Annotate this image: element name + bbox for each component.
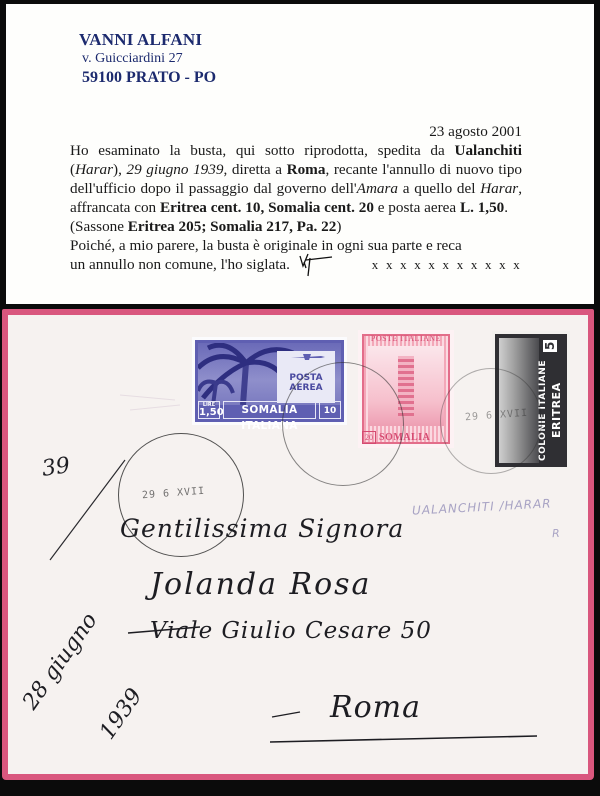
conclusion-signature-line: un annullo non comune, l'ho siglata. x x… (70, 255, 522, 274)
destination: Roma (287, 161, 326, 178)
sassone-reference: (Sassone Eritrea 205; Somalia 217, Pa. 2… (70, 217, 522, 236)
text-line: a quello del (398, 180, 480, 197)
stamp-text: COLONIE ITALIANEERITREA 5 (535, 340, 565, 461)
text-line: Poiché, a mio parere, la busta è origina… (70, 237, 462, 254)
origin-office: Ualanchiti (455, 142, 523, 159)
text-line: un annullo non comune, l'ho siglata. (70, 256, 290, 273)
text-line: (Sassone (70, 218, 128, 235)
stamp-top-label: POSTE ITALIANE (364, 334, 448, 343)
text-line: ) (336, 218, 341, 235)
stamp-country: ERITREA (550, 360, 563, 461)
x-marks: x x x x x x x x x x x (372, 255, 522, 274)
region-amara: Amara (357, 180, 398, 197)
stamp-ref-eritrea: Eritrea cent. 10, (160, 199, 264, 216)
letterhead-street: v. Guicciardini 27 (82, 50, 216, 68)
certificate-text: 23 agosto 2001 Ho esaminato la busta, qu… (70, 122, 522, 274)
stamp-ref-air: L. 1,50 (460, 199, 504, 216)
stamp-ref-somalia: Somalia cent. 20 (268, 199, 374, 216)
postmark-center (282, 362, 404, 486)
letterhead-city: 59100 PRATO - PO (82, 68, 216, 88)
origin-region: Harar (75, 161, 113, 178)
text-line: e posta aerea (374, 199, 460, 216)
text-line: , diretta a (223, 161, 282, 178)
signature-initials (294, 258, 336, 274)
stamp-value: LIRE1,50 (198, 401, 220, 419)
letterhead-name: VANNI ALFANI (79, 30, 216, 50)
address-recipient: Jolanda Rosa (150, 567, 371, 602)
address-street: Viale Giulio Cesare 50 (150, 618, 432, 644)
certificate-date: 23 agosto 2001 (70, 122, 522, 141)
pencil-mark: R (552, 527, 561, 540)
region-harar: Harar (480, 180, 518, 197)
sassone-catalog-numbers: Eritrea 205; Somalia 217, Pa. 22 (128, 218, 337, 235)
letterhead: VANNI ALFANI v. Guicciardini 27 59100 PR… (79, 30, 216, 88)
text-line: Ho esaminato la busta, qui sotto riprodo… (70, 142, 445, 159)
text-line: , recante (325, 161, 377, 178)
sent-date: 29 giugno 1939 (127, 161, 224, 178)
stamp-value: 5 (543, 340, 557, 352)
value-number: 1,50 (199, 407, 224, 418)
registration-number: 39 (40, 453, 71, 482)
certificate-sheet: VANNI ALFANI v. Guicciardini 27 59100 PR… (6, 4, 594, 304)
address-city: Roma (330, 690, 421, 725)
text-line: . (504, 199, 508, 216)
address-salutation: Gentilissima Signora (120, 514, 404, 543)
airplane-icon (291, 353, 325, 361)
certificate-paragraph: Ho esaminato la busta, qui sotto riprodo… (70, 141, 522, 217)
text-line: dell' (331, 180, 357, 197)
